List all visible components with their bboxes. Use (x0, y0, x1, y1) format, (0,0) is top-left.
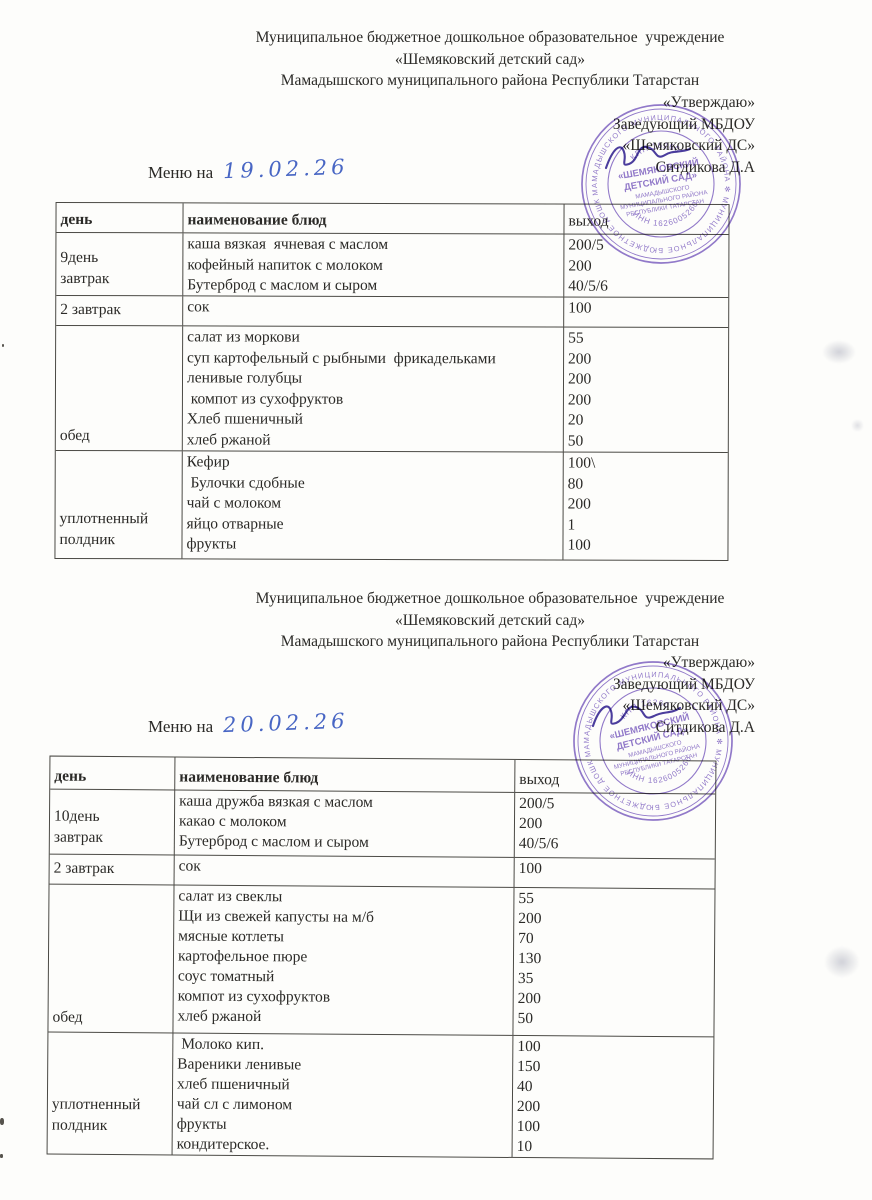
dish-name: салат из свеклы (178, 887, 509, 909)
day-cell: уплотненныйполдник (55, 451, 182, 558)
dish-name: сок (187, 297, 559, 319)
dish-name: Кефир (187, 452, 559, 474)
scan-speck (2, 344, 4, 347)
table-row: 2 завтраксок100 (50, 854, 715, 889)
portion-value: 100 (567, 536, 723, 557)
portion-cell: 1001504020010010 (513, 1036, 714, 1158)
table-row: уплотненныйполдник Молоко кип.Вареники л… (48, 1032, 714, 1159)
column-header: наименование блюд (175, 757, 515, 791)
dish-name: хлеб ржаной (177, 1007, 508, 1029)
day-cell: уплотненныйполдник (48, 1033, 174, 1155)
dish-name: салат из моркови (187, 327, 559, 349)
dish-name: кофейный напиток с молоком (187, 255, 559, 277)
table-row: обедсалат из свеклыЩи из свежей капусты … (48, 884, 714, 1037)
portion-value: 80 (568, 474, 724, 495)
dish-name: яйцо отварные (187, 514, 559, 536)
portion-value: 55 (568, 329, 724, 350)
official-stamp: МАМАДЫШСКОГО МУНИЦИПАЛЬНОГО РАЙОНА ✻ МУН… (563, 86, 760, 283)
dish-name: сок (179, 857, 510, 879)
day-label: 9день (60, 247, 178, 268)
scan-smudge (824, 946, 860, 978)
portion-value: 1 (568, 515, 724, 536)
menu-title: Меню на20.02.26 (148, 713, 349, 737)
portion-cell: 55200701303520050 (513, 888, 714, 1036)
table-row: уплотненныйполдникКефир Булочки сдобныеч… (55, 450, 727, 560)
scan-smudge (822, 340, 856, 364)
org-name-line: «Шемяковский детский сад» (150, 610, 830, 632)
portion-value: 200 (568, 390, 724, 411)
day-label: полдник (59, 529, 177, 550)
day-cell: 9деньзавтрак (56, 233, 183, 295)
dish-name: фрукты (186, 534, 558, 556)
portion-value: 200 (517, 1097, 709, 1118)
day-label: уплотненный (60, 508, 178, 529)
portion-cell: 100\802001100 (563, 453, 727, 561)
org-header: Муниципальное бюджетное дошкольное образ… (150, 588, 830, 653)
dishes-cell: Молоко кип.Вареники ленивыехлеб пшеничны… (173, 1033, 514, 1156)
dish-name: ленивые голубцы (187, 368, 559, 390)
dish-name: картофельное пюре (178, 947, 509, 969)
dish-name: мясные котлеты (178, 927, 509, 949)
portion-value: 200 (568, 370, 724, 391)
portion-value: 200 (518, 989, 710, 1010)
org-header: Муниципальное бюджетное дошкольное образ… (150, 27, 830, 92)
dish-name: компот из сухофруктов (187, 389, 559, 411)
day-cell: обед (56, 326, 183, 450)
dish-name: Бутерброд с маслом и сыром (187, 275, 559, 296)
portion-value: 35 (518, 969, 710, 990)
day-label: 2 завтрак (60, 299, 178, 320)
dishes-cell: салат из свеклыЩи из свежей капусты на м… (173, 885, 514, 1034)
portion-value: 130 (518, 949, 710, 970)
column-header: день (50, 757, 175, 790)
day-cell: 2 завтрак (50, 855, 175, 885)
scan-speck (0, 1118, 4, 1125)
menu-label: Меню на (148, 163, 213, 182)
portion-value: 50 (568, 431, 724, 452)
portion-value: 50 (517, 1009, 709, 1030)
portion-value: 10 (517, 1137, 709, 1158)
dishes-cell: Кефир Булочки сдобныечай с молокомяйцо о… (182, 451, 563, 559)
handwritten-date: 20.02.26 (223, 709, 349, 737)
portion-value: 100 (517, 1037, 709, 1058)
column-header: наименование блюд (183, 203, 564, 233)
day-label: завтрак (54, 827, 170, 849)
dish-name: компот из сухофруктов (178, 987, 509, 1009)
scan-smudge (851, 419, 864, 432)
dishes-cell: каша дружба вязкая с масломкакао с молок… (175, 790, 515, 856)
dish-name: Молоко кип. (177, 1035, 508, 1057)
dish-name: кондитерское. (177, 1135, 508, 1157)
portion-value: 200 (568, 495, 724, 516)
dish-name: Булочки сдобные (187, 473, 559, 495)
dish-name: каша вязкая ячневая с маслом (187, 234, 559, 256)
portion-value: 55 (518, 889, 710, 910)
dish-name: Хлеб пшеничный (187, 409, 559, 431)
dish-name: хлеб пшеничный (177, 1075, 508, 1097)
portion-value: 200 (518, 909, 710, 930)
dishes-cell: сок (183, 296, 564, 326)
portion-value: 100 (519, 859, 711, 880)
dish-name: хлеб ржаной (187, 430, 559, 452)
day-label: обед (60, 425, 178, 446)
handwritten-date: 19.02.26 (223, 155, 349, 183)
day-cell: 2 завтрак (56, 296, 183, 325)
portion-value: 40 (517, 1077, 709, 1098)
portion-value: 100\ (568, 454, 724, 475)
menu-label: Меню на (148, 717, 213, 736)
dish-name: Бутерброд с маслом и сыром (179, 832, 510, 854)
menu-title: Меню на19.02.26 (148, 159, 349, 183)
day-label: 2 завтрак (54, 858, 170, 880)
dishes-cell: сок (175, 855, 515, 886)
org-name-line: «Шемяковский детский сад» (150, 49, 830, 71)
dish-name: чай с молоком (187, 493, 559, 515)
org-name-line: Муниципальное бюджетное дошкольное образ… (150, 588, 830, 610)
dish-name: Щи из свежей капусты на м/б (178, 907, 509, 929)
portion-value: 150 (517, 1057, 709, 1078)
org-name-line: Мамадышского муниципального района Респу… (150, 631, 830, 653)
portion-cell: 100 (564, 298, 728, 328)
portion-value: 20 (568, 411, 724, 432)
column-header: день (56, 203, 183, 232)
dish-name: Вареники ленивые (177, 1055, 508, 1077)
dishes-cell: салат из морковисуп картофельный с рыбны… (183, 326, 564, 451)
dish-name: фрукты (177, 1115, 508, 1137)
portion-cell: 100 (515, 858, 715, 888)
day-label: завтрак (60, 268, 178, 289)
signature (602, 136, 694, 178)
portion-cell: 552002002002050 (564, 328, 728, 453)
dish-name: чай сл с лимоном (177, 1095, 508, 1117)
day-label: обед (52, 1007, 168, 1029)
scan-speck (0, 1154, 3, 1158)
signature (590, 696, 684, 736)
dishes-cell: каша вязкая ячневая с масломкофейный нап… (183, 233, 564, 296)
day-label: уплотненный (52, 1094, 168, 1116)
portion-value: 100 (517, 1117, 709, 1138)
portion-value: 70 (518, 929, 710, 950)
day-cell: 10деньзавтрак (50, 790, 175, 855)
dish-name: каша дружба вязкая с маслом (179, 792, 510, 814)
scanned-menu-document: Муниципальное бюджетное дошкольное образ… (0, 0, 872, 1200)
dish-name: суп картофельный с рыбными фрикадельками (187, 348, 559, 370)
table-row: обедсалат из морковисуп картофельный с р… (56, 325, 728, 452)
day-cell: обед (48, 885, 174, 1033)
portion-value: 100 (568, 299, 724, 320)
dish-name: какао с молоком (179, 812, 510, 834)
org-name-line: Муниципальное бюджетное дошкольное образ… (150, 27, 830, 49)
dish-name: соус томатный (178, 967, 509, 989)
table-row: 2 завтраксок100 (56, 295, 728, 327)
portion-value: 200 (568, 349, 724, 370)
day-label: 10день (54, 806, 170, 828)
day-label: полдник (52, 1115, 168, 1137)
